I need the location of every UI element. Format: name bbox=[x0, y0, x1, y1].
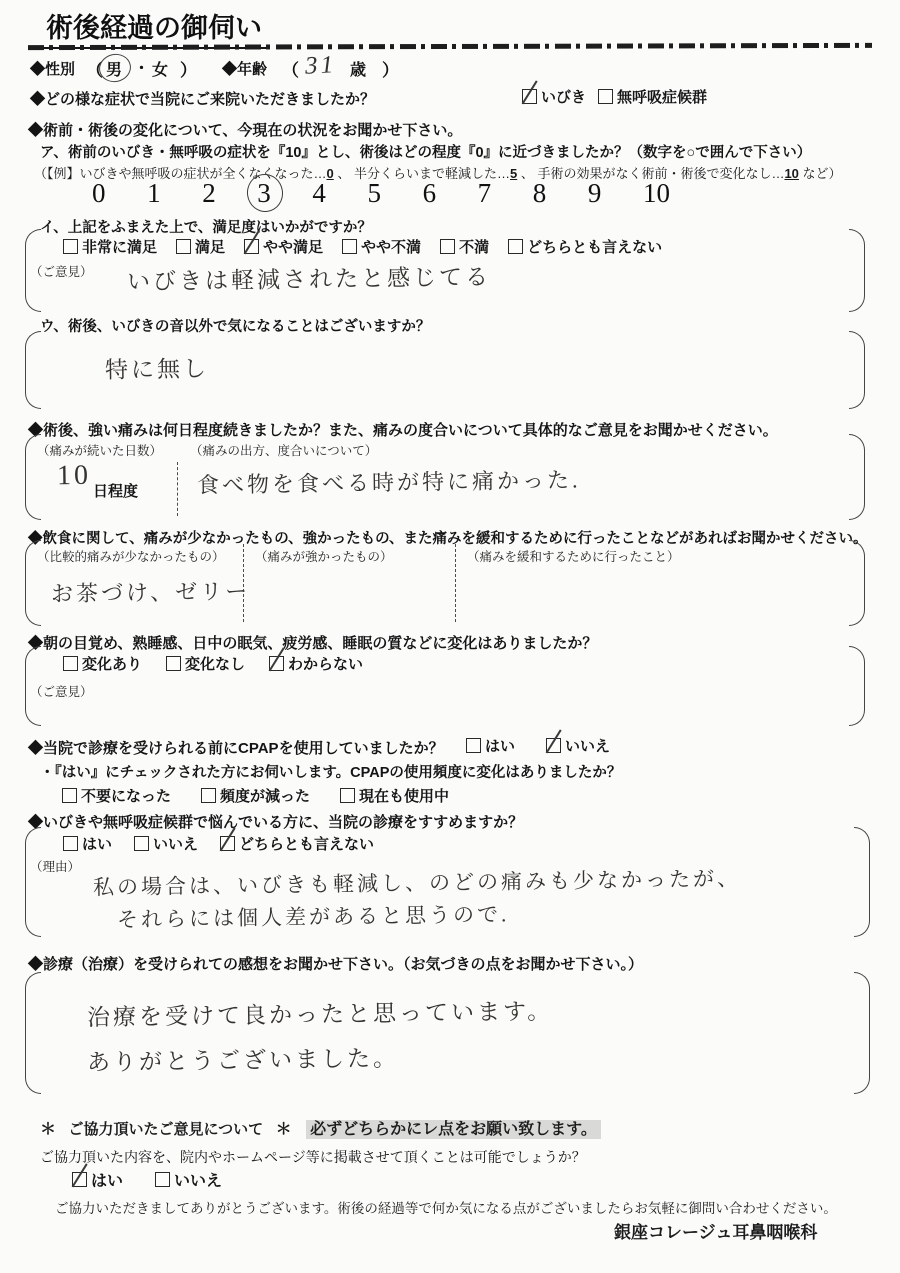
age-unit: 歳 bbox=[350, 57, 366, 80]
checkbox-label-manzoku: 満足 bbox=[195, 236, 225, 257]
recommend-answer-box: はい いいえ どちらとも言えない （理由） 私の場合は、いびきも軽減し、のどの痛… bbox=[25, 827, 870, 937]
checkbox-label-henka-nashi: 変化なし bbox=[185, 653, 245, 674]
checkbox-label-wakaranai: わからない bbox=[288, 653, 363, 674]
pain-scale: 0 1 2 3 4 5 6 7 8 9 10 bbox=[92, 178, 670, 209]
scale-number-3-circled[interactable]: 3 bbox=[257, 178, 271, 209]
other-answer-box: 特に無し bbox=[25, 331, 865, 409]
checkbox-option-cpap-iie[interactable]: いいえ bbox=[546, 735, 610, 756]
checkbox-option-rec-iie[interactable]: いいえ bbox=[134, 833, 198, 854]
reason-label: （理由） bbox=[30, 857, 80, 875]
question-cpap-sub: ・『はい』にチェックされた方にお伺いします。CPAPの使用頻度に変化はありました… bbox=[40, 761, 621, 782]
food-strong-pain-label: （痛みが強かったもの） bbox=[255, 547, 393, 565]
checkbox-icon-cpap-iie[interactable] bbox=[546, 738, 561, 753]
food-relief-label: （痛みを緩和するために行ったこと） bbox=[467, 547, 680, 565]
checkbox-icon-wakaranai[interactable] bbox=[269, 656, 284, 671]
checkbox-option-dochira-satis[interactable]: どちらとも言えない bbox=[508, 236, 662, 257]
age-paren-close: ） bbox=[382, 56, 399, 81]
checkbox-option-mukokyu[interactable]: 無呼吸症候群 bbox=[598, 86, 707, 107]
question-symptom: ◆どの様な症状で当院にご来院いただきましたか？ bbox=[30, 88, 375, 109]
opinion-label-sleep: （ご意見） bbox=[30, 682, 93, 700]
pain-days-unit: 日程度 bbox=[93, 480, 138, 501]
checkbox-option-ibiki[interactable]: いびき bbox=[522, 86, 586, 107]
checkbox-option-fuyo[interactable]: 不要になった bbox=[62, 785, 171, 806]
food-answer-box: （比較的痛みが少なかったもの） （痛みが強かったもの） （痛みを緩和するために行… bbox=[25, 540, 865, 626]
checkbox-icon-manzoku[interactable] bbox=[176, 239, 191, 254]
scale-number-0[interactable]: 0 bbox=[92, 178, 106, 209]
sex-option-female[interactable]: 女 bbox=[152, 57, 168, 80]
handwriting-pain-days[interactable]: 10 bbox=[57, 460, 91, 492]
question-change: ◆術前・術後の変化について、今現在の状況をお聞かせ下さい。 bbox=[28, 119, 462, 140]
publish-options-row: はい いいえ bbox=[72, 1168, 222, 1191]
scale-number-1[interactable]: 1 bbox=[147, 178, 161, 209]
checkbox-label-rec-dochira: どちらとも言えない bbox=[239, 833, 374, 854]
checkbox-label-hindo: 頻度が減った bbox=[220, 785, 310, 806]
scale-number-4[interactable]: 4 bbox=[312, 178, 326, 209]
sex-option-male[interactable]: 男 bbox=[106, 57, 122, 80]
scale-number-7[interactable]: 7 bbox=[478, 178, 492, 209]
checkbox-icon-genzai[interactable] bbox=[340, 788, 355, 803]
impression-answer-box: 治療を受けて良かったと思っています。 ありがとうございました。 bbox=[25, 972, 870, 1094]
checkbox-option-henka-nashi[interactable]: 変化なし bbox=[166, 653, 245, 674]
sex-label: ◆性別 bbox=[30, 58, 75, 79]
dash-dot-separator bbox=[28, 43, 872, 50]
checkbox-label-publish-hai: はい bbox=[91, 1168, 123, 1191]
satisfaction-answer-box: 非常に満足 満足 やや満足 やや不満 不満 どちらとも言えない （ご意見） いび… bbox=[25, 229, 865, 312]
checkbox-option-hindo[interactable]: 頻度が減った bbox=[201, 785, 310, 806]
checkbox-icon-rec-hai[interactable] bbox=[63, 836, 78, 851]
checkbox-icon-henka-nashi[interactable] bbox=[166, 656, 181, 671]
cpap-sub-options-row: 不要になった 頻度が減った 現在も使用中 bbox=[62, 785, 449, 806]
checkbox-label-cpap-iie: いいえ bbox=[565, 735, 610, 756]
checkbox-label-fuman: 不満 bbox=[459, 236, 489, 257]
clinic-name: 銀座コレージュ耳鼻咽喉科 bbox=[614, 1218, 817, 1243]
age-label: ◆年齢 bbox=[222, 58, 267, 79]
checkbox-option-hijoni-manzoku[interactable]: 非常に満足 bbox=[63, 236, 157, 257]
food-less-pain-label: （比較的痛みが少なかったもの） bbox=[37, 547, 225, 565]
food-divider-2 bbox=[455, 544, 456, 622]
consent-title: ご協力頂いたご意見について bbox=[68, 1121, 263, 1138]
checkbox-label-rec-hai: はい bbox=[82, 833, 112, 854]
checkbox-label-publish-iie: いいえ bbox=[174, 1168, 222, 1191]
scale-number-8[interactable]: 8 bbox=[533, 178, 547, 209]
checkbox-icon-henka-ari[interactable] bbox=[63, 656, 78, 671]
footer-consent-title-row: ＊ ご協力頂いたご意見について ＊ 必ずどちらかにレ点をお願い致します。 bbox=[40, 1116, 601, 1139]
handwriting-other-comment[interactable]: 特に無し bbox=[105, 350, 209, 384]
checkbox-icon-ibiki[interactable] bbox=[522, 89, 537, 104]
checkbox-option-publish-iie[interactable]: いいえ bbox=[155, 1168, 222, 1191]
checkbox-option-yaya-manzoku[interactable]: やや満足 bbox=[244, 236, 323, 257]
pain-degree-label: （痛みの出方、度合いについて） bbox=[190, 441, 377, 459]
question-change-a: ア、術前のいびき・無呼吸の症状を『10』とし、術後はどの程度『0』に近づきました… bbox=[40, 141, 811, 162]
checkbox-label-rec-iie: いいえ bbox=[153, 833, 198, 854]
question-impression: ◆診療（治療）を受けられての感想をお聞かせ下さい。（お気づきの点をお聞かせ下さい… bbox=[28, 953, 643, 974]
checkbox-option-publish-hai[interactable]: はい bbox=[72, 1168, 123, 1191]
scale-number-10[interactable]: 10 bbox=[643, 178, 670, 209]
checkbox-label-yaya-fuman: やや不満 bbox=[361, 236, 421, 257]
checkbox-icon-cpap-hai[interactable] bbox=[466, 738, 481, 753]
checkbox-label-genzai: 現在も使用中 bbox=[359, 785, 449, 806]
pain-column-divider bbox=[177, 462, 178, 516]
checkbox-icon-yaya-manzoku[interactable] bbox=[244, 239, 259, 254]
example-part4: など） bbox=[799, 166, 842, 181]
checkbox-icon-publish-iie[interactable] bbox=[155, 1172, 170, 1187]
checkbox-option-manzoku[interactable]: 満足 bbox=[176, 236, 225, 257]
age-value-handwriting[interactable]: 31 bbox=[303, 51, 338, 81]
checkbox-icon-hijoni-manzoku[interactable] bbox=[63, 239, 78, 254]
recommend-options-row: はい いいえ どちらとも言えない bbox=[63, 833, 374, 854]
checkbox-option-yaya-fuman[interactable]: やや不満 bbox=[342, 236, 421, 257]
asterisk-2: ＊ bbox=[276, 1121, 292, 1138]
scale-number-5[interactable]: 5 bbox=[367, 178, 381, 209]
sleep-answer-box: 変化あり 変化なし わからない （ご意見） bbox=[25, 646, 865, 726]
questionnaire-page: 術後経過の御伺い ◆性別 （ 男 ・ 女 ） ◆年齢 （ 31 歳 ） ◆どの様… bbox=[0, 0, 900, 1273]
checkbox-label-cpap-hai: はい bbox=[485, 735, 515, 756]
scale-number-9[interactable]: 9 bbox=[588, 178, 602, 209]
checkbox-option-henka-ari[interactable]: 変化あり bbox=[63, 653, 142, 674]
handwriting-reason-line1[interactable]: 私の場合は、いびきも軽減し、のどの痛みも少なかったが、 bbox=[93, 862, 741, 901]
handwriting-pain-comment[interactable]: 食べ物を食べる時が特に痛かった. bbox=[197, 463, 581, 499]
pain-days-label: （痛みが続いた日数） bbox=[37, 441, 162, 459]
checkbox-icon-fuman[interactable] bbox=[440, 239, 455, 254]
checkbox-option-wakaranai[interactable]: わからない bbox=[269, 653, 363, 674]
checkbox-option-cpap-hai[interactable]: はい bbox=[466, 735, 515, 756]
checkbox-icon-rec-iie[interactable] bbox=[134, 836, 149, 851]
checkbox-option-rec-dochira[interactable]: どちらとも言えない bbox=[220, 833, 374, 854]
checkbox-option-rec-hai[interactable]: はい bbox=[63, 833, 112, 854]
checkbox-icon-yaya-fuman[interactable] bbox=[342, 239, 357, 254]
scale-number-6[interactable]: 6 bbox=[423, 178, 437, 209]
opinion-label-satisfaction: （ご意見） bbox=[30, 262, 93, 280]
example-value-10: 10 bbox=[784, 166, 798, 181]
checkbox-option-genzai[interactable]: 現在も使用中 bbox=[340, 785, 449, 806]
scale-number-2[interactable]: 2 bbox=[202, 178, 216, 209]
sex-separator-dot: ・ bbox=[134, 57, 149, 78]
page-title: 術後経過の御伺い bbox=[44, 6, 268, 49]
checkbox-option-fuman[interactable]: 不満 bbox=[440, 236, 489, 257]
checkbox-icon-mukokyu[interactable] bbox=[598, 89, 613, 104]
checkbox-icon-fuyo[interactable] bbox=[62, 788, 77, 803]
publish-question: ご協力頂いた内容を、院内やホームページ等に掲載させて頂くことは可能でしょうか？ bbox=[40, 1147, 586, 1167]
pain-answer-box: （痛みが続いた日数） （痛みの出方、度合いについて） 10 日程度 食べ物を食べ… bbox=[25, 434, 865, 520]
must-check-note: 必ずどちらかにレ点をお願い致します。 bbox=[306, 1120, 601, 1139]
question-cpap: ◆当院で診療を受けられる前にCPAPを使用していましたか？ bbox=[28, 737, 444, 758]
checkbox-icon-publish-hai[interactable] bbox=[72, 1172, 87, 1187]
age-paren-open: （ bbox=[282, 56, 299, 81]
sex-paren-close: ） bbox=[180, 56, 197, 81]
handwriting-impression-line2[interactable]: ありがとうございました。 bbox=[87, 1040, 399, 1077]
checkbox-label-fuyo: 不要になった bbox=[81, 785, 171, 806]
sleep-options-row: 変化あり 変化なし わからない bbox=[63, 653, 363, 674]
checkbox-label-hijoni-manzoku: 非常に満足 bbox=[82, 236, 157, 257]
handwriting-satisfaction-comment[interactable]: いびきは軽減されたと感じてる bbox=[127, 258, 491, 296]
checkbox-icon-rec-dochira[interactable] bbox=[220, 836, 235, 851]
asterisk-1: ＊ bbox=[40, 1121, 56, 1138]
checkbox-label-yaya-manzoku: やや満足 bbox=[263, 236, 323, 257]
handwriting-food-answer[interactable]: お茶づけ、ゼリー bbox=[51, 575, 251, 609]
thanks-note: ご協力いただきましてありがとうございます。術後の経過等で何か気になる点がございま… bbox=[55, 1197, 837, 1217]
checkbox-icon-dochira-satis[interactable] bbox=[508, 239, 523, 254]
handwriting-impression-line1[interactable]: 治療を受けて良かったと思っています。 bbox=[87, 993, 554, 1033]
checkbox-label-mukokyu: 無呼吸症候群 bbox=[617, 86, 707, 107]
checkbox-icon-hindo[interactable] bbox=[201, 788, 216, 803]
checkbox-label-henka-ari: 変化あり bbox=[82, 653, 142, 674]
checkbox-label-ibiki: いびき bbox=[541, 86, 586, 107]
satisfaction-options-row: 非常に満足 満足 やや満足 やや不満 不満 どちらとも言えない bbox=[63, 236, 662, 257]
handwriting-reason-line2[interactable]: それらには個人差があると思うので. bbox=[117, 898, 510, 933]
checkbox-label-dochira-satis: どちらとも言えない bbox=[527, 236, 662, 257]
